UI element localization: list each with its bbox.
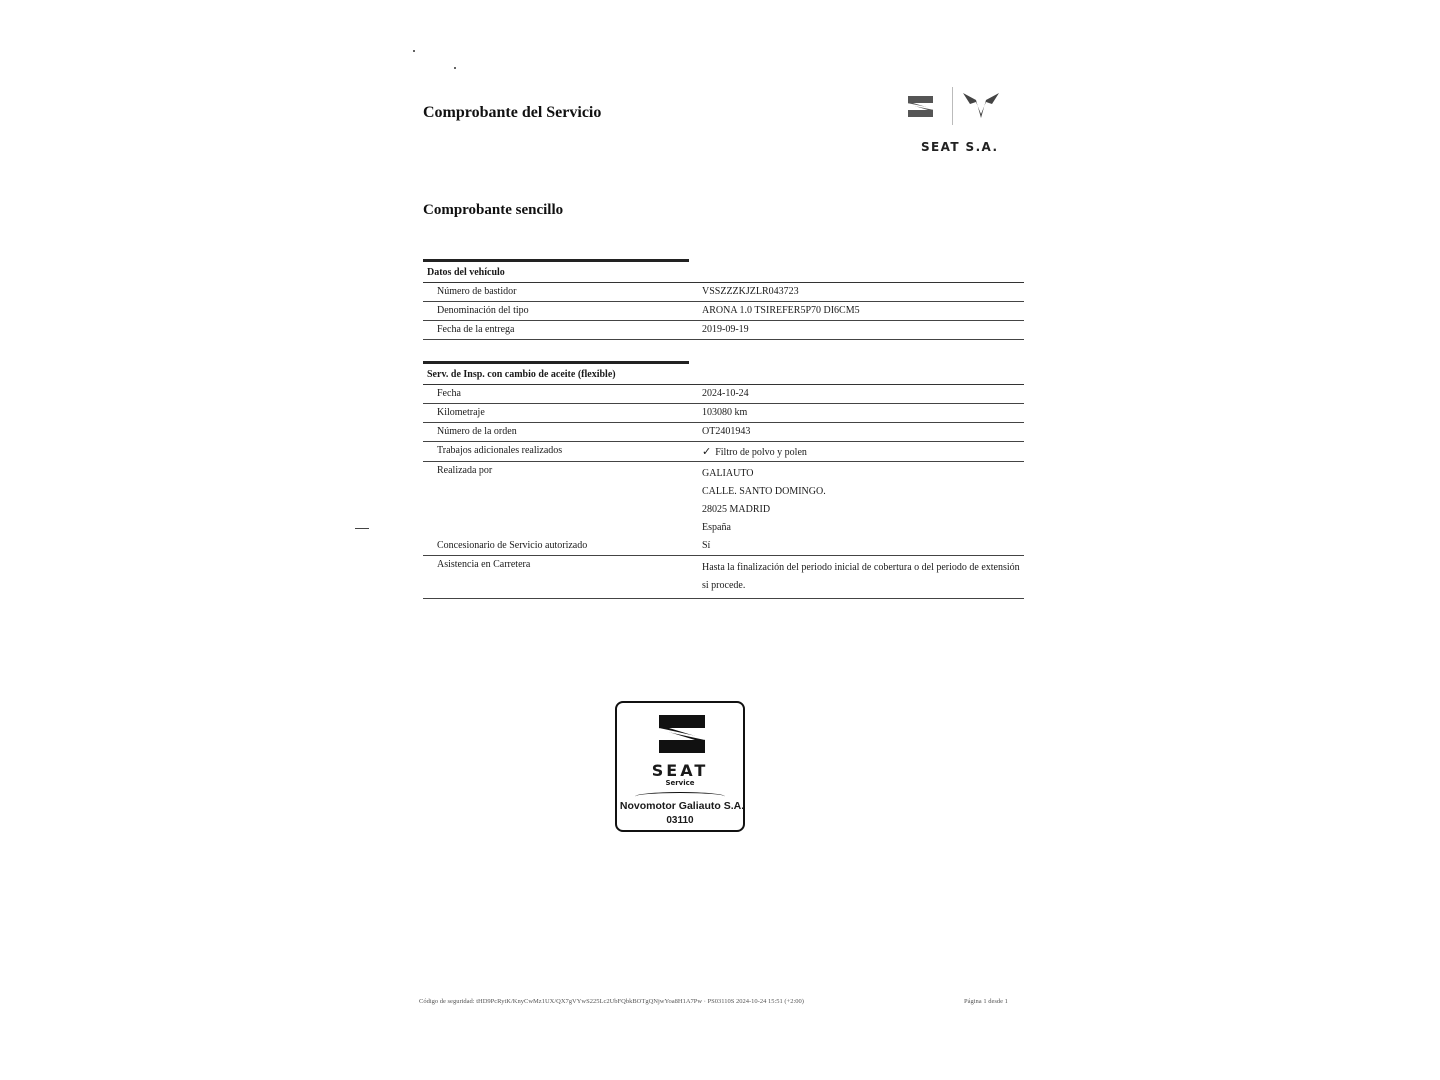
table-row: Fecha de la entrega 2019-09-19 (423, 321, 1024, 340)
row-label: Asistencia en Carretera (423, 556, 689, 598)
row-value: VSSZZZKJZLR043723 (689, 283, 1024, 301)
additional-work: Filtro de polvo y polen (715, 447, 807, 458)
row-label: Trabajos adicionales realizados (423, 442, 689, 461)
table-row: Número de la orden OT2401943 (423, 423, 1024, 442)
address-line: España (702, 519, 1024, 537)
check-icon: ✓ (702, 445, 711, 458)
service-section: Serv. de Insp. con cambio de aceite (fle… (423, 361, 1024, 599)
document-subtitle: Comprobante sencillo (423, 202, 563, 219)
address-line: CALLE. SANTO DOMINGO. (702, 483, 1024, 501)
seat-logo-icon (907, 95, 934, 118)
section-heading: Serv. de Insp. con cambio de aceite (fle… (423, 369, 1024, 385)
row-value: Hasta la finalización del periodo inicia… (689, 556, 1024, 598)
brand-name: SEAT S.A. (921, 140, 998, 154)
row-value: 103080 km (689, 404, 1024, 422)
vehicle-section: Datos del vehículo Número de bastidor VS… (423, 259, 1024, 340)
address-line: 28025 MADRID (702, 501, 1024, 519)
table-row: Fecha 2024-10-24 (423, 385, 1024, 404)
table-row: Asistencia en Carretera Hasta la finaliz… (423, 556, 1024, 599)
row-value: OT2401943 (689, 423, 1024, 441)
row-value: GALIAUTO CALLE. SANTO DOMINGO. 28025 MAD… (689, 462, 1024, 540)
cupra-logo-icon (962, 90, 1000, 120)
row-label: Realizada por (423, 462, 689, 540)
section-bar (423, 259, 689, 262)
row-label: Fecha de la entrega (423, 321, 689, 339)
row-value: Sí (689, 537, 1024, 555)
table-row: Kilometraje 103080 km (423, 404, 1024, 423)
stamp-dealer-code: 03110 (617, 815, 743, 826)
row-value: ✓Filtro de polvo y polen (689, 442, 1024, 461)
roadside-line: si procede. (702, 577, 1024, 595)
scan-speck (454, 67, 456, 69)
row-value: ARONA 1.0 TSIREFER5P70 DI6CM5 (689, 302, 1024, 320)
document-title: Comprobante del Servicio (423, 104, 601, 122)
table-row: Realizada por GALIAUTO CALLE. SANTO DOMI… (423, 462, 1024, 540)
row-value: 2024-10-24 (689, 385, 1024, 403)
row-value: 2019-09-19 (689, 321, 1024, 339)
brand-logo-block: SEAT S.A. (900, 84, 1010, 164)
security-code: Código de seguridad: tHD9PcRytK/KnyCwMz1… (419, 998, 804, 1005)
row-label: Número de la orden (423, 423, 689, 441)
section-heading: Datos del vehículo (423, 267, 1024, 283)
section-bar (423, 361, 689, 364)
row-label: Fecha (423, 385, 689, 403)
row-label: Número de bastidor (423, 283, 689, 301)
row-label: Concesionario de Servicio autorizado (423, 537, 689, 555)
logo-divider (952, 87, 953, 125)
stamp-brand: SEAT (617, 761, 743, 780)
dealer-stamp: SEAT Service Novomotor Galiauto S.A. 031… (615, 701, 745, 832)
page-number: Página 1 desde 1 (964, 998, 1008, 1005)
table-row: Denominación del tipo ARONA 1.0 TSIREFER… (423, 302, 1024, 321)
scan-speck (413, 50, 415, 52)
table-row: Concesionario de Servicio autorizado Sí (423, 537, 1024, 556)
row-label: Denominación del tipo (423, 302, 689, 320)
table-row: Número de bastidor VSSZZZKJZLR043723 (423, 283, 1024, 302)
stamp-dealer-name: Novomotor Galiauto S.A. (613, 800, 751, 812)
stamp-service: Service (617, 779, 743, 787)
seat-logo-icon (657, 713, 707, 755)
address-line: GALIAUTO (702, 465, 1024, 483)
scan-mark (355, 528, 369, 529)
table-row: Trabajos adicionales realizados ✓Filtro … (423, 442, 1024, 462)
roadside-line: Hasta la finalización del periodo inicia… (702, 559, 1024, 577)
row-label: Kilometraje (423, 404, 689, 422)
